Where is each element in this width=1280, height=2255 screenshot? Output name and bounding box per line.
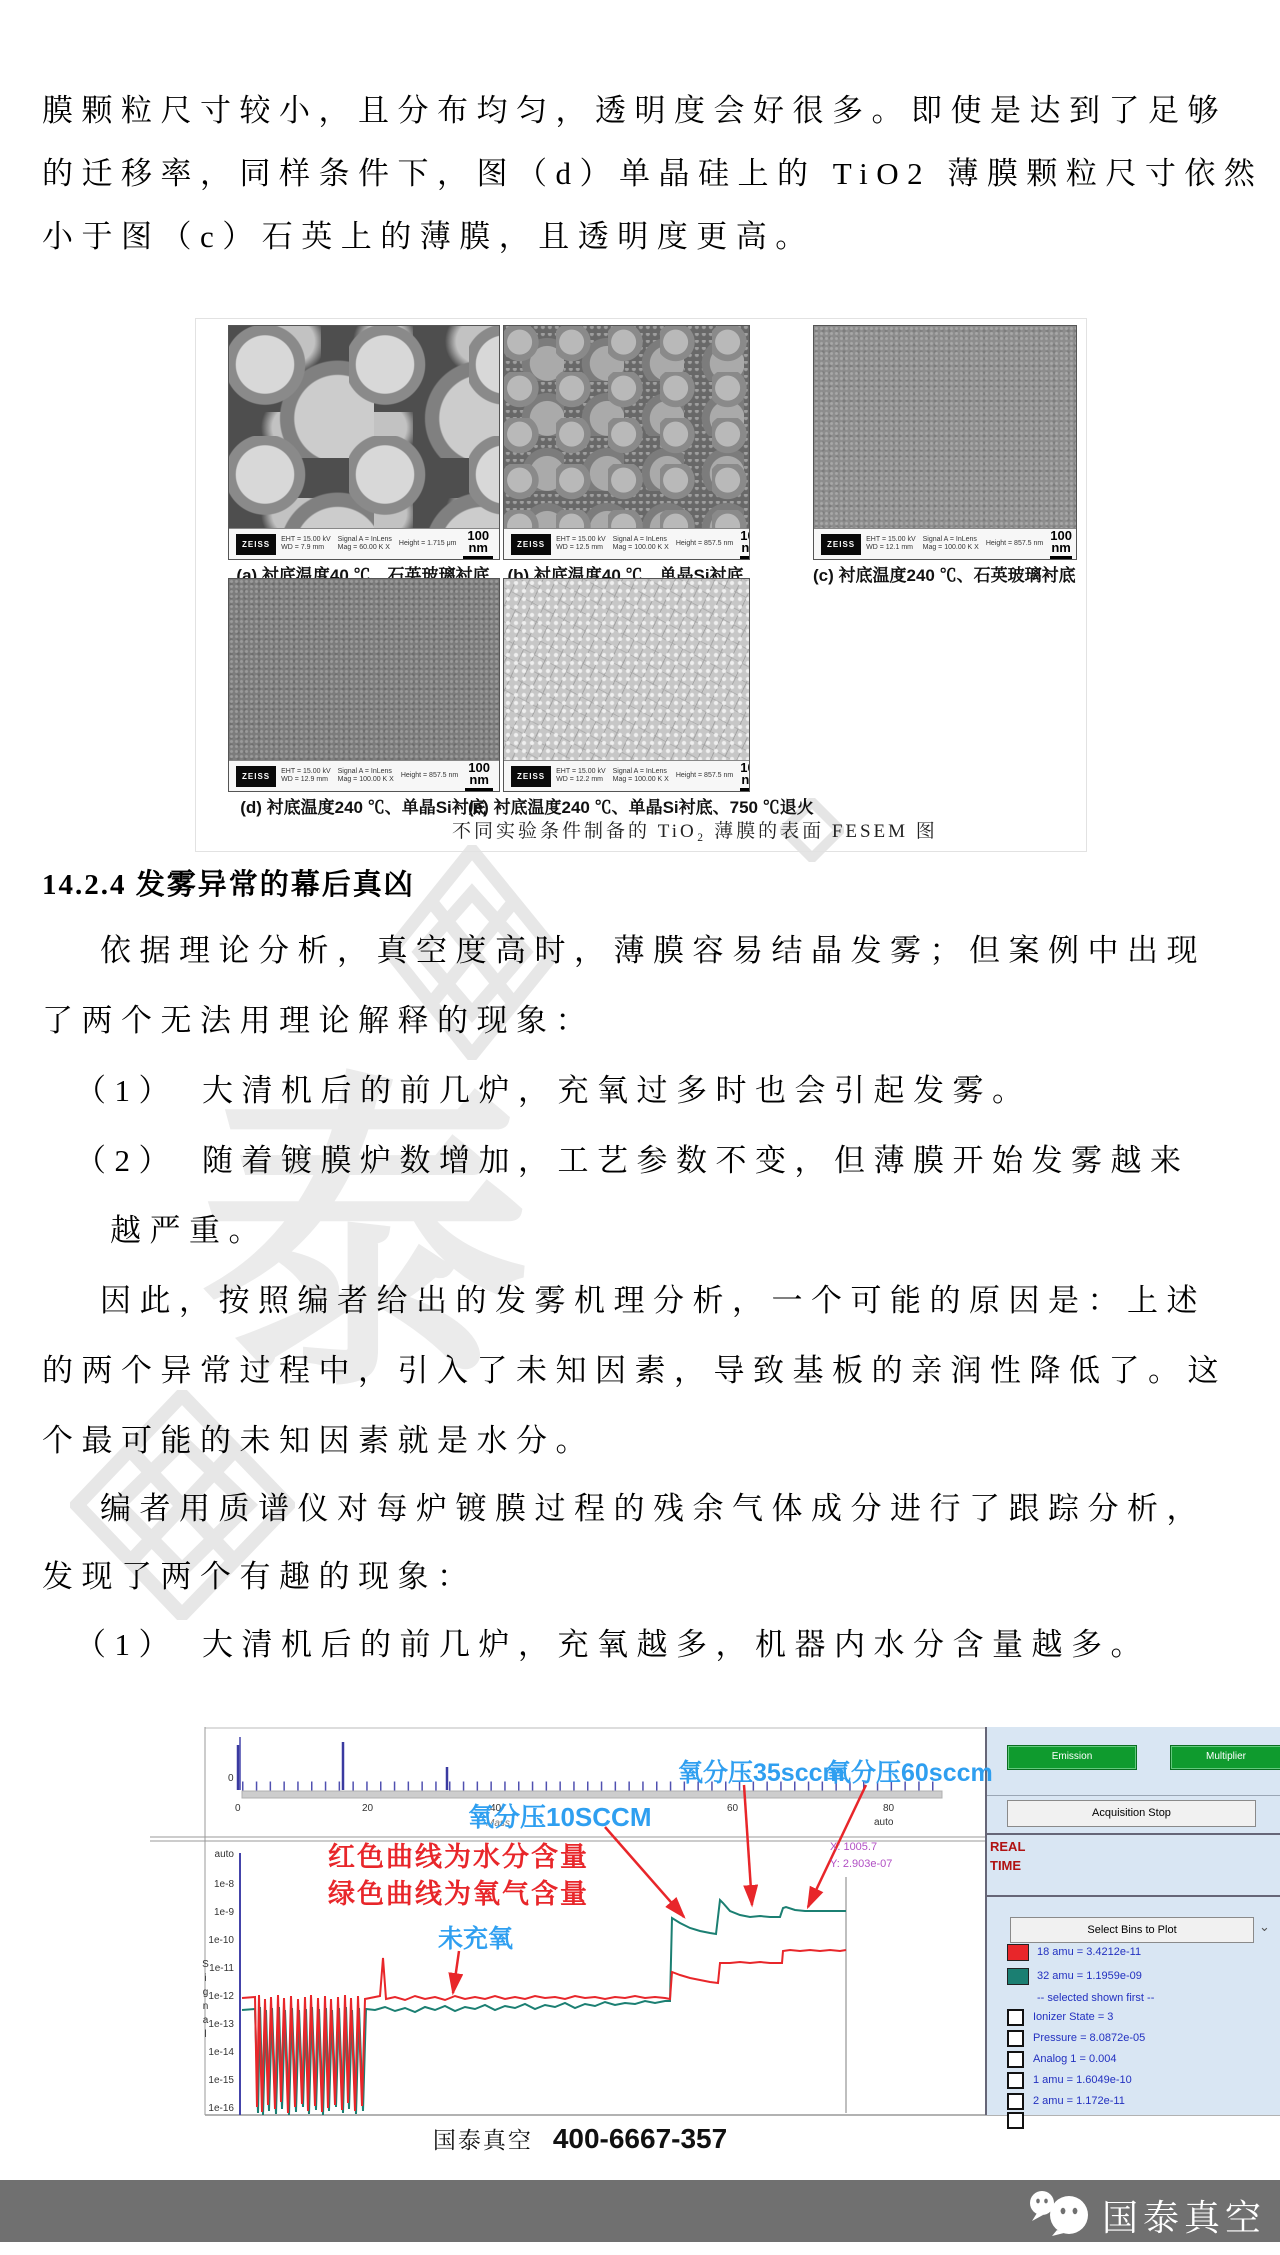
x-tick: 80 — [883, 1803, 894, 1814]
zeiss-logo: ZEISS — [236, 534, 276, 555]
cursor-x-readout: X: 1005.7 — [830, 1841, 877, 1853]
annotation-red-line: 红色曲线为水分含量 — [328, 1835, 589, 1874]
zeiss-logo: ZEISS — [511, 534, 551, 555]
trend-auto-label: auto — [150, 1849, 234, 1860]
sem-caption-e: (e) 衬底温度240 ℃、单晶Si衬底、750 ℃退火 — [468, 793, 798, 818]
rga-software-screenshot: 0 0 20 40 60 80 Mass auto auto 1e-8 1e-9… — [150, 1727, 1280, 2117]
body-line: 发现了两个有趣的现象： — [42, 1551, 477, 1596]
real-label: REAL — [990, 1839, 1025, 1854]
intro-line: 膜颗粒尺寸较小，且分布均匀，透明度会好很多。即使是达到了足够 — [42, 85, 1227, 130]
checkbox[interactable] — [1007, 2051, 1024, 2068]
select-bins-button[interactable]: Select Bins to Plot — [1010, 1917, 1254, 1943]
x-tick: 60 — [727, 1803, 738, 1814]
scale-bar: 100 nm — [465, 762, 493, 791]
time-label: TIME — [990, 1858, 1021, 1873]
body-line: 因此，按照编者给出的发雾机理分析，一个可能的原因是：上述 — [100, 1275, 1206, 1320]
checkbox[interactable] — [1007, 2093, 1024, 2110]
sem-image-d: ZEISS EHT = 15.00 kVWD = 12.9 mm Signal … — [228, 578, 500, 792]
body-line: 编者用质谱仪对每炉镀膜过程的残余气体成分进行了跟踪分析， — [100, 1483, 1206, 1528]
sem-image-e: ZEISS EHT = 15.00 kVWD = 12.2 mm Signal … — [503, 578, 750, 792]
check-row[interactable]: Ionizer State = 3 — [1007, 2008, 1113, 2026]
y-tick: 1e-16 — [150, 2103, 234, 2114]
acquisition-stop-button[interactable]: Acquisition Stop — [1007, 1800, 1256, 1827]
annotation-o2-60sccm: 氧分压60sccm — [826, 1753, 993, 1789]
legend-row-32amu[interactable]: 32 amu = 1.1959e-09 — [1007, 1967, 1142, 1985]
footer-brand: 国泰真空 — [433, 2122, 533, 2155]
x-tick: 20 — [362, 1803, 373, 1814]
sem-image-a: ZEISS EHT = 15.00 kVWD = 7.9 mm Signal A… — [228, 325, 500, 560]
figure-caption: 不同实验条件制备的 TiO₂ 薄膜的表面 FESEM 图 — [452, 816, 938, 843]
y-tick: 1e-14 — [150, 2047, 234, 2058]
spectrum-y-zero: 0 — [228, 1773, 234, 1784]
cursor-y-readout: Y: 2.903e-07 — [830, 1858, 892, 1870]
bottom-bar-brand: 国泰真空 — [1102, 2190, 1266, 2241]
scale-bar: 100 nm — [463, 530, 493, 559]
legend-swatch-teal — [1007, 1968, 1029, 1985]
body-line: 越严重。 — [110, 1205, 268, 1250]
multiplier-button[interactable]: Multiplier — [1170, 1745, 1280, 1770]
legend-swatch-red — [1007, 1944, 1029, 1961]
section-heading: 14.2.4 发雾异常的幕后真凶 — [42, 862, 415, 903]
sem-image-b: ZEISS EHT = 15.00 kVWD = 12.5 mm Signal … — [503, 325, 750, 560]
body-line: 的两个异常过程中，引入了未知因素，导致基板的亲润性降低了。这 — [42, 1345, 1227, 1390]
checkbox[interactable] — [1007, 2112, 1024, 2129]
body-line: 了两个无法用理论解释的现象： — [42, 995, 595, 1040]
checkbox[interactable] — [1007, 2009, 1024, 2026]
check-row[interactable]: 1 amu = 1.6049e-10 — [1007, 2071, 1132, 2089]
body-line: 个最可能的未知因素就是水分。 — [42, 1415, 595, 1460]
sem-caption-d: (d) 衬底温度240 ℃、单晶Si衬底 — [228, 793, 498, 818]
selected-note: -- selected shown first -- — [1037, 1989, 1154, 2007]
check-row-clipped[interactable] — [1007, 2111, 1033, 2129]
y-tick: 1e-10 — [150, 1935, 234, 1946]
checkbox[interactable] — [1007, 2030, 1024, 2047]
check-row[interactable]: Analog 1 = 0.004 — [1007, 2050, 1117, 2068]
footer-phone: 400-6667-357 — [553, 2123, 727, 2155]
y-tick: 1e-8 — [150, 1879, 234, 1890]
annotation-no-oxygen: 未充氧 — [438, 1919, 513, 1955]
wechat-icon — [1026, 2188, 1094, 2236]
annotation-o2-35sccm: 氧分压35sccm — [678, 1753, 845, 1789]
intro-line: 小于图（c）石英上的薄膜，且透明度更高。 — [42, 211, 815, 256]
x-tick: 0 — [235, 1803, 241, 1814]
bottom-brand-bar: 国泰真空 — [0, 2180, 1280, 2242]
zeiss-logo: ZEISS — [511, 766, 551, 787]
zeiss-logo: ZEISS — [236, 766, 276, 787]
body-line: 依据理论分析，真空度高时，薄膜容易结晶发雾；但案例中出现 — [100, 925, 1206, 970]
chevron-down-icon[interactable]: ⌄ — [1259, 1919, 1270, 1935]
scale-bar: 100 nm — [1050, 530, 1072, 559]
body-line: （1） 大清机后的前几炉，充氧越多，机器内水分含量越多。 — [75, 1619, 1150, 1664]
signal-axis-label: Signal — [200, 1959, 211, 2043]
footer-contact: 国泰真空 400-6667-357 — [340, 2122, 820, 2155]
annotation-green-line: 绿色曲线为氧气含量 — [328, 1872, 589, 1911]
rga-control-panel: Emission Multiplier Acquisition Stop REA… — [985, 1727, 1280, 2115]
article-page: 泰 膜颗粒尺寸较小，且分布均匀，透明度会好很多。即使是达到了足够 的迁移率，同样… — [0, 0, 1280, 2255]
legend-row-18amu[interactable]: 18 amu = 3.4212e-11 — [1007, 1943, 1141, 1961]
body-line: （2） 随着镀膜炉数增加，工艺参数不变，但薄膜开始发雾越来 — [75, 1135, 1190, 1180]
y-tick: 1e-13 — [150, 2019, 234, 2030]
y-tick: 1e-12 — [150, 1991, 234, 2002]
scale-bar: 100 nm — [740, 762, 750, 791]
emission-button[interactable]: Emission — [1007, 1745, 1137, 1770]
checkbox[interactable] — [1007, 2072, 1024, 2089]
scale-bar: 100 nm — [740, 530, 750, 559]
check-row[interactable]: 2 amu = 1.172e-11 — [1007, 2092, 1125, 2110]
intro-line: 的迁移率，同样条件下，图（d）单晶硅上的 TiO2 薄膜颗粒尺寸依然 — [42, 148, 1263, 193]
check-row[interactable]: Pressure = 8.0872e-05 — [1007, 2029, 1145, 2047]
y-tick: 1e-11 — [150, 1963, 234, 1974]
sem-infobar: ZEISS EHT = 15.00 kVWD = 7.9 mm Signal A… — [229, 528, 499, 559]
sem-image-c: ZEISS EHT = 15.00 kVWD = 12.1 mm Signal … — [813, 325, 1077, 560]
zeiss-logo: ZEISS — [821, 534, 861, 555]
y-tick: 1e-9 — [150, 1907, 234, 1918]
sem-caption-c: (c) 衬底温度240 ℃、石英玻璃衬底 — [813, 561, 1075, 586]
annotation-o2-10sccm: 氧分压10SCCM — [468, 1797, 651, 1834]
spectrum-auto-label: auto — [874, 1817, 893, 1828]
y-tick: 1e-15 — [150, 2075, 234, 2086]
body-line: （1） 大清机后的前几炉，充氧过多时也会引起发雾。 — [75, 1065, 1032, 1110]
